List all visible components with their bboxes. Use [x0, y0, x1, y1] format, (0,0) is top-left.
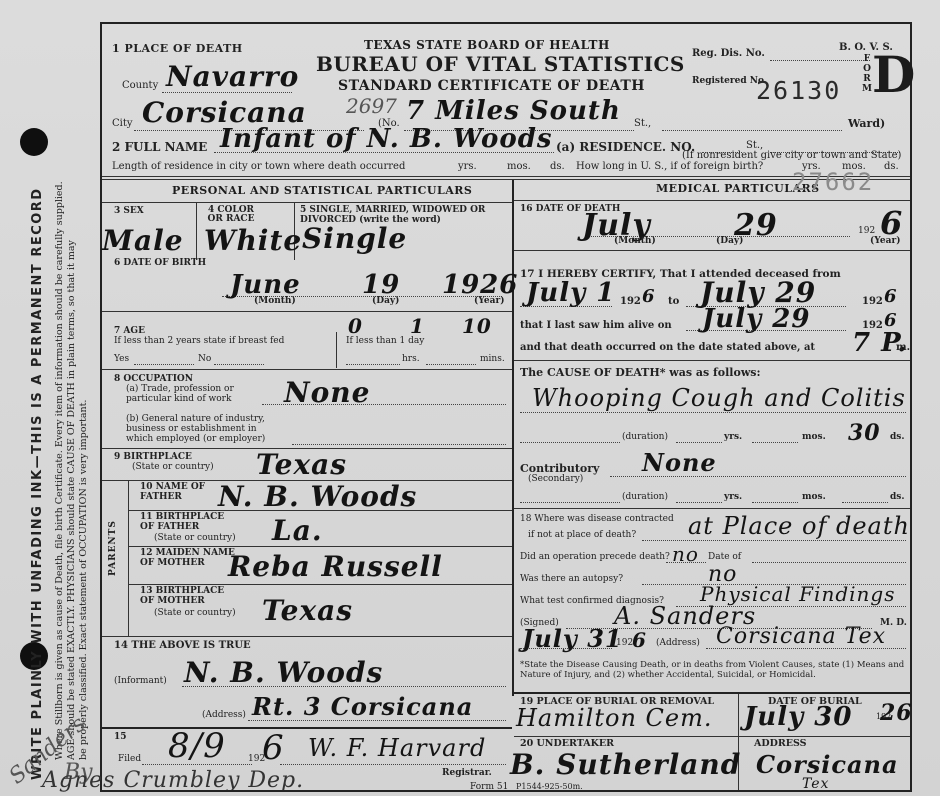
death-year-caption: (Year): [870, 236, 900, 246]
father-birthplace-sublabel: (State or country): [154, 533, 236, 543]
cause-duration-mos: mos.: [802, 432, 826, 442]
filed-date[interactable]: 8/9: [168, 726, 226, 766]
instruction-line-3: be properly classified. Exact statement …: [78, 400, 89, 760]
filed-year[interactable]: 6: [262, 728, 285, 768]
mother-name-value[interactable]: Reba Russell: [228, 550, 443, 583]
burial-date-value[interactable]: July 30: [744, 702, 852, 732]
m-label: m.: [896, 342, 910, 353]
instruction-line-2: AGE should be stated EXACTLY. PHYSICIANS…: [66, 240, 77, 760]
occupation-b2-label: business or establishment in: [126, 424, 257, 434]
cause-footnote: *State the Disease Causing Death, or in …: [520, 660, 908, 680]
foreign-ds: ds.: [884, 161, 899, 172]
birthplace-value[interactable]: Texas: [256, 448, 347, 481]
breast-fed-no: No: [198, 354, 211, 364]
undertaker-address-value[interactable]: Corsicana: [756, 750, 899, 779]
burial-year[interactable]: 26: [880, 700, 913, 726]
race-label: 4 COLOR OR RACE: [202, 206, 260, 224]
contributory-value[interactable]: None: [642, 448, 717, 477]
less-than-day-label: If less than 1 day: [346, 336, 424, 346]
personal-heading: PERSONAL AND STATISTICAL PARTICULARS: [172, 184, 472, 197]
attended-from-year[interactable]: 6: [642, 286, 656, 307]
reg-dis-label: Reg. Dis. No.: [692, 48, 765, 59]
nonresident-note: (If nonresident give city or town and St…: [682, 150, 901, 161]
registrar-signature[interactable]: W. F. Harvard: [308, 734, 486, 762]
city-label: City: [112, 118, 133, 129]
contrib-duration-label: (duration): [622, 492, 668, 502]
cause-duration-ds: ds.: [890, 432, 905, 442]
signed-year-prefix: 192: [616, 638, 633, 648]
age-years[interactable]: 0: [348, 314, 363, 338]
length-residence-label: Length of residence in city or town wher…: [112, 161, 405, 172]
death-certificate-page: WRITE PLAINLY WITH UNFADING INK—THIS IS …: [0, 0, 940, 796]
parents-label: PARENTS: [108, 520, 118, 576]
contrib-duration-ds: ds.: [890, 492, 905, 502]
occupation-a-label: (a) Trade, profession or particular kind…: [126, 384, 276, 404]
physician-address[interactable]: Corsicana Tex: [716, 624, 886, 649]
sex-label: 3 SEX: [114, 206, 144, 216]
breast-fed-yes: Yes: [114, 354, 129, 364]
length-residence-mos: mos.: [507, 161, 531, 172]
punch-hole-top: [20, 128, 48, 156]
residence-label: (a) RESIDENCE. NO.: [556, 140, 695, 154]
foreign-birth-label: How long in U. S., if of foreign birth?: [576, 161, 763, 172]
dob-label: 6 DATE OF BIRTH: [114, 258, 206, 268]
certificate-title: STANDARD CERTIFICATE OF DEATH: [338, 78, 645, 94]
marital-value[interactable]: Single: [302, 222, 407, 255]
to-label: to: [668, 296, 679, 307]
attended-to-year-prefix: 192: [862, 296, 883, 307]
form-word: FORM: [862, 54, 872, 94]
date-of-label: Date of: [708, 552, 741, 562]
father-birthplace-label: 11 BIRTHPLACE OF FATHER: [140, 512, 230, 532]
signed-date[interactable]: July 31: [522, 624, 623, 653]
board-title: TEXAS STATE BOARD OF HEALTH: [364, 38, 610, 52]
filed-number: 15: [114, 732, 127, 742]
occupation-b1-label: (b) General nature of industry,: [126, 414, 265, 424]
informant-label: (Informant): [114, 676, 167, 686]
breast-fed-label: If less than 2 years state if breast fed: [114, 336, 284, 346]
above-is-true-label: 14 THE ABOVE IS TRUE: [114, 640, 251, 651]
cause-duration-yrs: yrs.: [724, 432, 742, 442]
cause-duration-label: (duration): [622, 432, 668, 442]
left-margin-instructions: WRITE PLAINLY WITH UNFADING INK—THIS IS …: [0, 0, 100, 796]
mins-label: mins.: [480, 354, 505, 364]
ward-label: Ward): [848, 117, 885, 130]
birthplace-sublabel: (State or country): [132, 462, 214, 472]
mother-birthplace-sublabel: (State or country): [154, 608, 236, 618]
dob-month-caption: (Month): [254, 296, 296, 306]
mother-birthplace-label: 13 BIRTHPLACE OF MOTHER: [140, 586, 235, 606]
contrib-duration-mos: mos.: [802, 492, 826, 502]
hrs-label: hrs.: [402, 354, 420, 364]
death-month-caption: (Month): [614, 236, 656, 246]
cause-value[interactable]: Whooping Cough and Colitis: [532, 384, 906, 412]
death-day-caption: (Day): [716, 236, 743, 246]
length-residence-yrs: yrs.: [458, 161, 477, 172]
physician-address-label: (Address): [656, 638, 700, 648]
street-value[interactable]: 7 Miles South: [406, 96, 621, 126]
age-label: 7 AGE: [114, 326, 145, 336]
operation-label: Did an operation precede death?: [520, 552, 670, 562]
dob-year-caption: (Year): [474, 296, 504, 306]
instruction-title: WRITE PLAINLY WITH UNFADING INK—THIS IS …: [30, 187, 45, 780]
informant-address-label: (Address): [202, 710, 246, 720]
father-name-value[interactable]: N. B. Woods: [218, 480, 417, 513]
county-value[interactable]: Navarro: [166, 60, 299, 93]
pencil-number: 2697: [346, 94, 397, 118]
county-label: County: [122, 80, 158, 91]
sex-value[interactable]: Male: [102, 224, 184, 257]
occupation-b3-label: which employed (or employer): [126, 434, 265, 444]
contracted-label-2: if not at place of death?: [528, 530, 636, 540]
mother-name-label: 12 MAIDEN NAME OF MOTHER: [140, 548, 235, 568]
place-of-death-label: 1 PLACE OF DEATH: [112, 42, 243, 55]
age-days[interactable]: 10: [462, 314, 492, 338]
registrar-label: Registrar.: [442, 768, 492, 778]
attended-from[interactable]: July 1: [526, 278, 615, 308]
operation-value[interactable]: no: [672, 542, 699, 566]
informant-value[interactable]: N. B. Woods: [184, 656, 383, 689]
contracted-value[interactable]: at Place of death: [688, 512, 910, 540]
cause-label: The CAUSE OF DEATH* was as follows:: [520, 366, 761, 379]
autopsy-label: Was there an autopsy?: [520, 574, 623, 584]
contracted-label: 18 Where was disease contracted: [520, 514, 674, 524]
full-name-value[interactable]: Infant of N. B. Woods: [220, 124, 553, 154]
attended-from-year-prefix: 192: [620, 296, 641, 307]
full-name-label: 2 FULL NAME: [112, 140, 207, 154]
street-st-label: St.,: [634, 118, 651, 129]
last-saw-date[interactable]: July 29: [702, 304, 810, 334]
race-value[interactable]: White: [204, 224, 302, 257]
dob-day-caption: (Day): [372, 296, 399, 306]
undertaker-value[interactable]: B. Sutherland: [510, 748, 741, 781]
death-year-prefix: 192: [858, 226, 875, 236]
informant-address-value[interactable]: Rt. 3 Corsicana: [252, 692, 473, 721]
filed-label: Filed: [118, 754, 141, 764]
burial-place-value[interactable]: Hamilton Cem.: [516, 704, 712, 732]
occurred-label: and that death occurred on the date stat…: [520, 342, 815, 353]
certificate-form: 1 PLACE OF DEATH TEXAS STATE BOARD OF HE…: [100, 22, 912, 792]
occupation-label: 8 OCCUPATION: [114, 374, 193, 384]
last-saw-label: that I last saw him alive on: [520, 320, 672, 331]
signed-year[interactable]: 6: [632, 628, 647, 652]
occupation-value[interactable]: None: [284, 376, 370, 409]
age-months[interactable]: 1: [410, 314, 425, 338]
form-letter: D: [872, 50, 915, 100]
instruction-line-1: Where Stillborn is given as cause of Dea…: [54, 181, 65, 760]
birthplace-label: 9 BIRTHPLACE: [114, 452, 192, 462]
undertaker-address-label: ADDRESS: [754, 738, 807, 749]
attended-to-year[interactable]: 6: [884, 286, 898, 307]
cause-duration-days[interactable]: 30: [848, 420, 881, 446]
mother-birthplace-value[interactable]: Texas: [262, 594, 353, 627]
father-name-label: 10 NAME OF FATHER: [140, 482, 220, 502]
father-birthplace-value[interactable]: La.: [272, 514, 323, 547]
contrib-duration-yrs: yrs.: [724, 492, 742, 502]
registered-number: 26130: [756, 76, 841, 105]
secondary-label: (Secondary): [528, 474, 583, 484]
file-stamp-number: 27662: [792, 168, 874, 196]
bureau-title: BUREAU OF VITAL STATISTICS: [316, 52, 685, 76]
length-residence-ds: ds.: [550, 161, 565, 172]
